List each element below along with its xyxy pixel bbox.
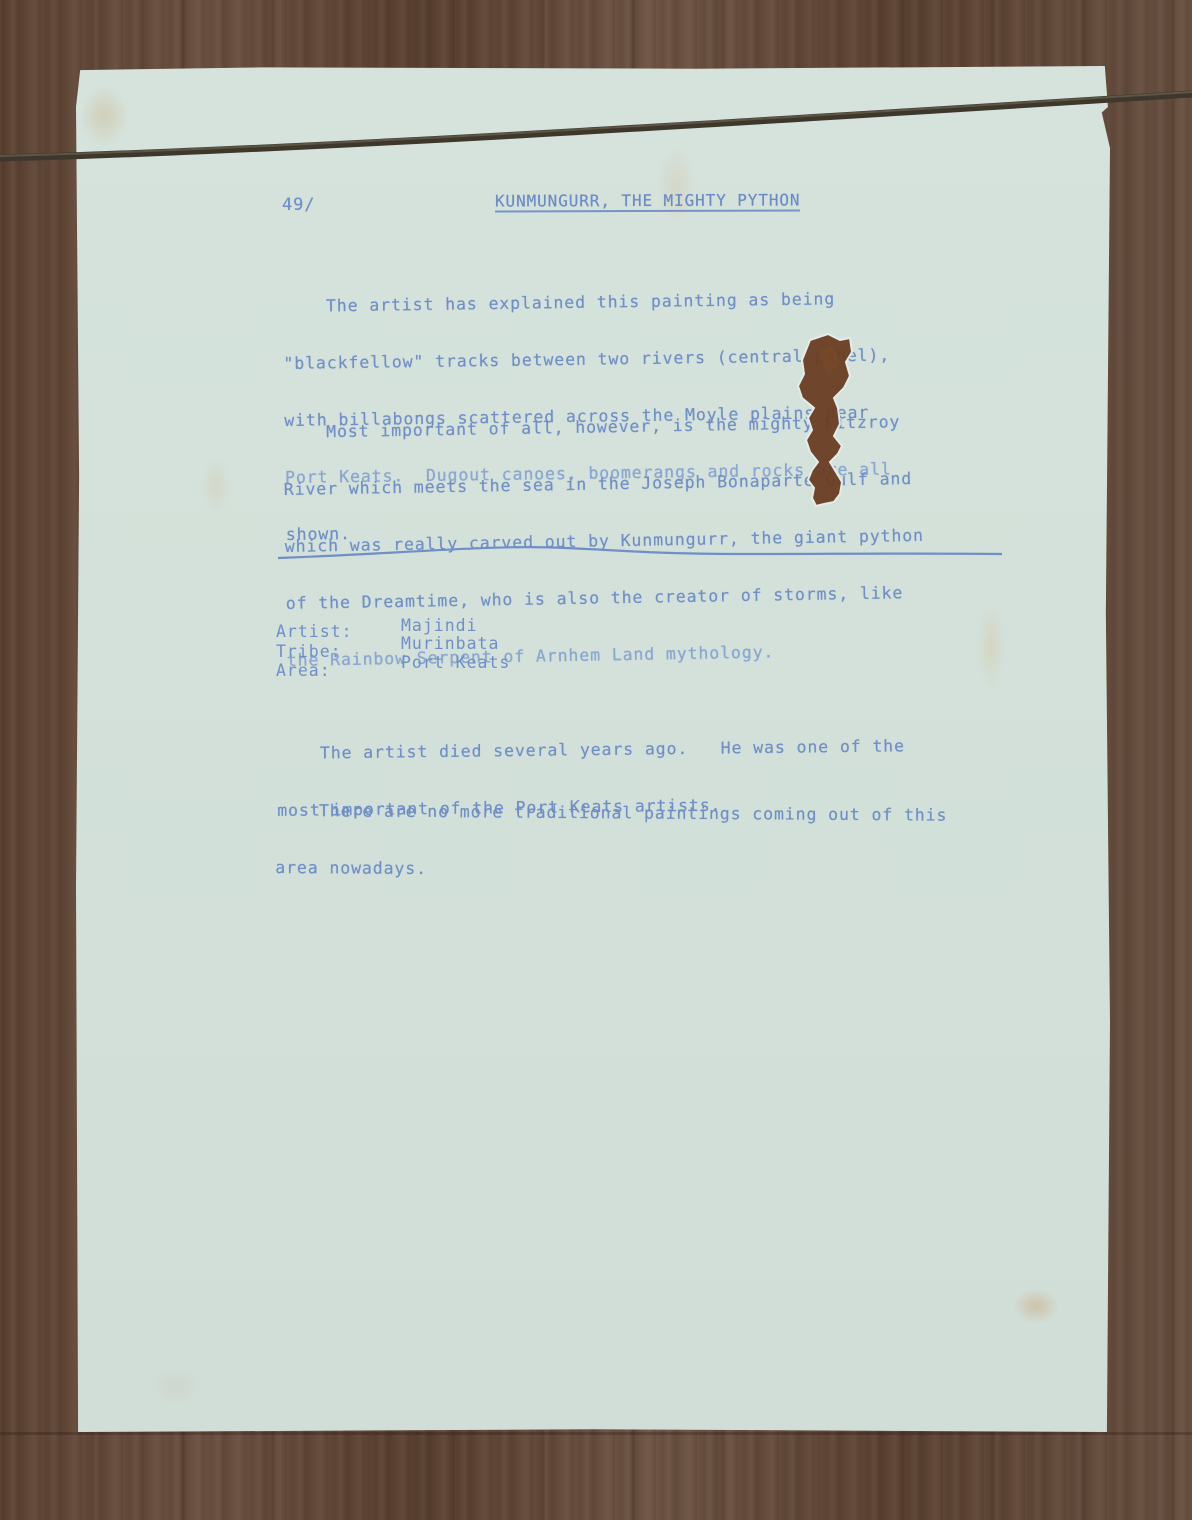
text-line: The artist has explained this painting a… [283,289,890,316]
artist-label: Artist: [276,622,353,641]
divider-line [276,536,1002,566]
typed-label-sheet: 49/ KUNMUNGURR, THE MIGHTY PYTHON The ar… [76,66,1110,1432]
torn-hole [788,332,868,522]
area-label: Area: [276,661,331,680]
area-value: Port Keats [401,653,510,672]
page-number: 49/ [282,196,315,215]
text-line: the Rainbow Serpent of Arnhem Land mytho… [287,640,926,670]
artist-value: Majindi [401,616,478,635]
wood-panel-seam [0,1432,1192,1435]
text-line: There are no more traditional paintings … [276,801,948,825]
tribe-value: Murinbata [401,634,499,653]
document-title: KUNMUNGURR, THE MIGHTY PYTHON [495,190,801,212]
paragraph-closing-note: There are no more traditional paintings … [275,763,948,920]
text-line: The artist died several years ago. He wa… [276,736,905,763]
text-line: area nowadays. [275,858,947,882]
tribe-label: Tribe: [276,642,342,661]
text-line: of the Dreamtime, who is also the creato… [286,583,925,613]
